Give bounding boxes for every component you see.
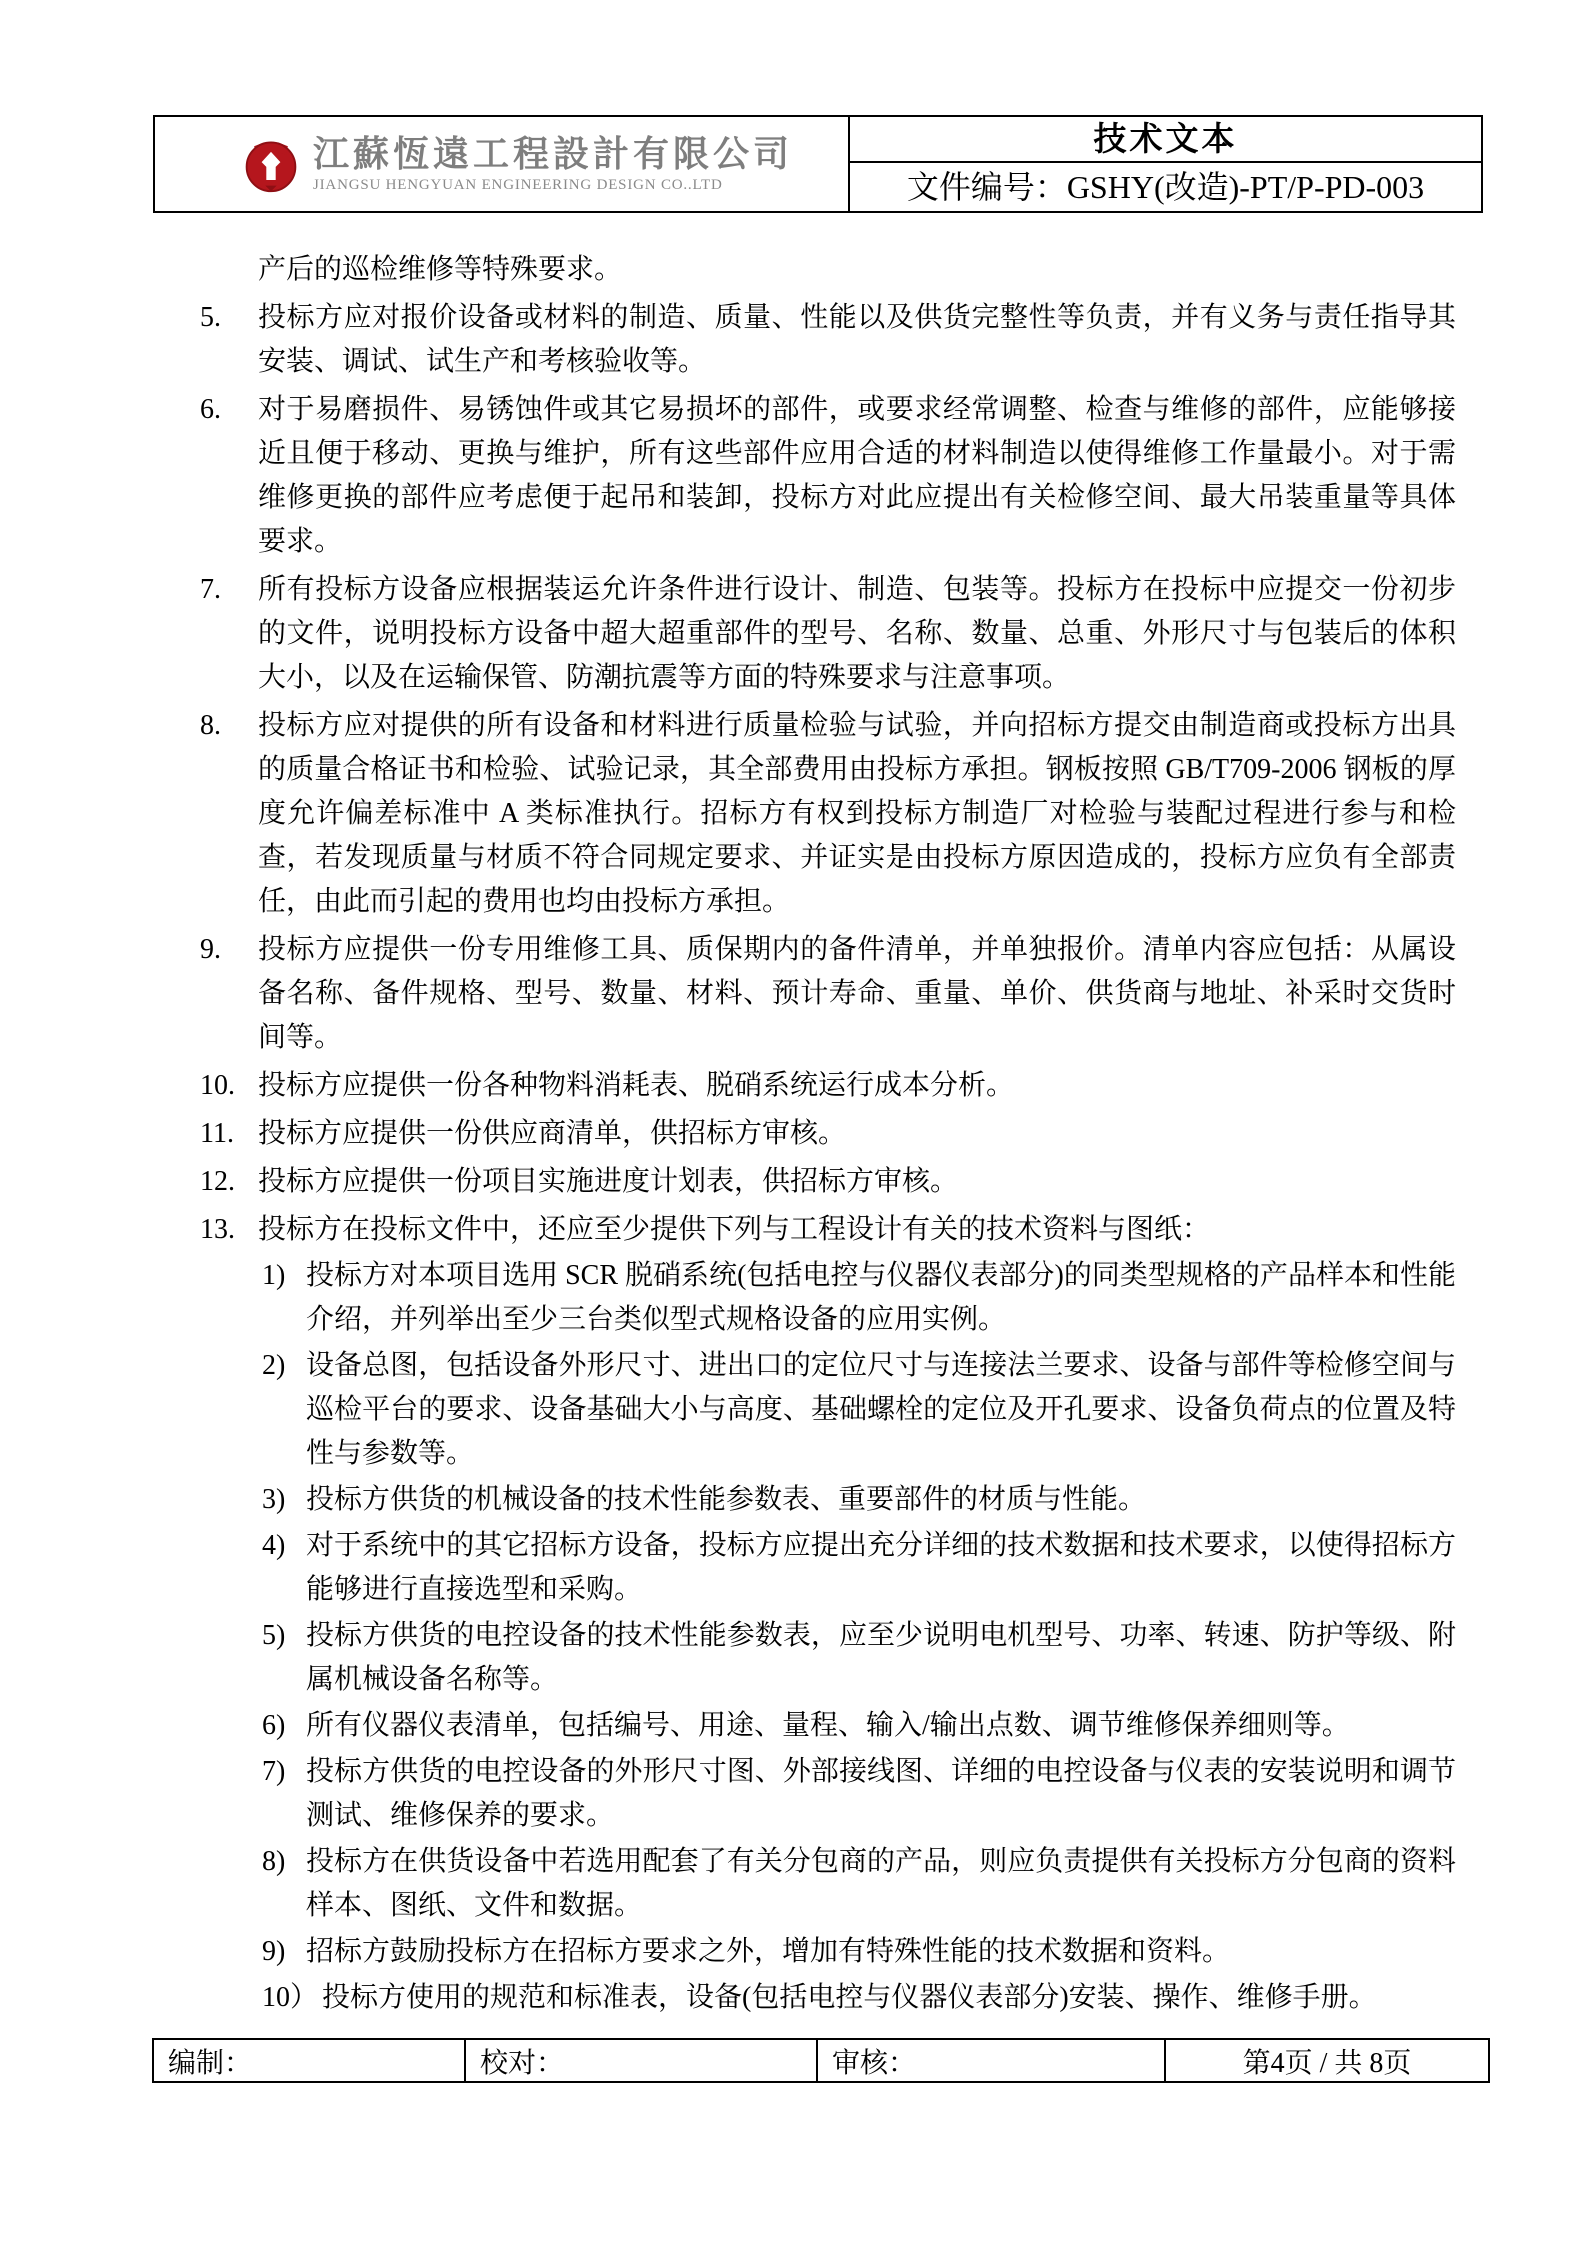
- sub-item-text: 对于系统中的其它招标方设备，投标方应提出充分详细的技术数据和技术要求，以使得招标…: [306, 1524, 1456, 1612]
- footer-table: 编制： 校对： 审核： 第4页 / 共 8页: [152, 2038, 1490, 2083]
- main-list: 5. 投标方应对报价设备或材料的制造、质量、性能以及供货完整性等负责，并有义务与…: [200, 296, 1456, 1252]
- sub-list-item: 1) 投标方对本项目选用 SCR 脱硝系统(包括电控与仪器仪表部分)的同类型规格…: [262, 1254, 1456, 1342]
- list-item: 6. 对于易磨损件、易锈蚀件或其它易损坏的部件，或要求经常调整、检查与维修的部件…: [200, 388, 1456, 564]
- sub-list: 1) 投标方对本项目选用 SCR 脱硝系统(包括电控与仪器仪表部分)的同类型规格…: [262, 1254, 1456, 2020]
- item-text: 投标方应提供一份专用维修工具、质保期内的备件清单，并单独报价。清单内容应包括：从…: [258, 928, 1456, 1060]
- item-number: 11.: [200, 1112, 258, 1156]
- sub-list-item: 6) 所有仪器仪表清单，包括编号、用途、量程、输入/输出点数、调节维修保养细则等…: [262, 1704, 1456, 1748]
- item-number: 10.: [200, 1064, 258, 1108]
- sub-item-number: 1): [262, 1254, 306, 1342]
- sub-list-item: 10） 投标方使用的规范和标准表，设备(包括电控与仪器仪表部分)安装、操作、维修…: [262, 1976, 1456, 2020]
- reviewed-label: 审核：: [832, 2041, 916, 2081]
- list-item: 10. 投标方应提供一份各种物料消耗表、脱硝系统运行成本分析。: [200, 1064, 1456, 1108]
- list-item: 5. 投标方应对报价设备或材料的制造、质量、性能以及供货完整性等负责，并有义务与…: [200, 296, 1456, 384]
- item-number: 12.: [200, 1160, 258, 1204]
- letterhead-table: 江蘇恆遠工程設計有限公司 JIANGSU HENGYUAN ENGINEERIN…: [153, 115, 1483, 213]
- item-text: 投标方应提供一份供应商清单，供招标方审核。: [258, 1112, 1456, 1156]
- footer-page-cell: 第4页 / 共 8页: [1166, 2040, 1488, 2081]
- company-name-en: JIANGSU HENGYUAN ENGINEERING DESIGN CO..…: [313, 177, 793, 194]
- letterhead-company-cell: 江蘇恆遠工程設計有限公司 JIANGSU HENGYUAN ENGINEERIN…: [155, 117, 850, 211]
- sub-item-number: 7): [262, 1750, 306, 1838]
- sub-item-text: 设备总图，包括设备外形尺寸、进出口的定位尺寸与连接法兰要求、设备与部件等检修空间…: [306, 1344, 1456, 1476]
- sub-list-item: 8) 投标方在供货设备中若选用配套了有关分包商的产品，则应负责提供有关投标方分包…: [262, 1840, 1456, 1928]
- company-logo-icon: [241, 133, 301, 195]
- doc-type-title: 技术文本: [850, 117, 1481, 163]
- sub-list-item: 5) 投标方供货的电控设备的技术性能参数表，应至少说明电机型号、功率、转速、防护…: [262, 1614, 1456, 1702]
- prepared-label: 编制：: [168, 2041, 252, 2081]
- footer-reviewed-cell: 审核：: [818, 2040, 1166, 2081]
- document-body: 产后的巡检维修等特殊要求。 5. 投标方应对报价设备或材料的制造、质量、性能以及…: [200, 248, 1456, 2020]
- company-name-cn: 江蘇恆遠工程設計有限公司: [313, 134, 793, 174]
- item-text: 投标方在投标文件中，还应至少提供下列与工程设计有关的技术资料与图纸：: [258, 1208, 1456, 1252]
- sub-item-text: 招标方鼓励投标方在招标方要求之外，增加有特殊性能的技术数据和资料。: [306, 1930, 1456, 1974]
- sub-item-text: 投标方在供货设备中若选用配套了有关分包商的产品，则应负责提供有关投标方分包商的资…: [306, 1840, 1456, 1928]
- list-item: 9. 投标方应提供一份专用维修工具、质保期内的备件清单，并单独报价。清单内容应包…: [200, 928, 1456, 1060]
- sub-list-item: 4) 对于系统中的其它招标方设备，投标方应提出充分详细的技术数据和技术要求，以使…: [262, 1524, 1456, 1612]
- list-item: 11. 投标方应提供一份供应商清单，供招标方审核。: [200, 1112, 1456, 1156]
- item-number: 6.: [200, 388, 258, 564]
- sub-item-number: 2): [262, 1344, 306, 1476]
- item-number: 8.: [200, 704, 258, 924]
- list-item: 12. 投标方应提供一份项目实施进度计划表，供招标方审核。: [200, 1160, 1456, 1204]
- page-indicator: 第4页 / 共 8页: [1243, 2041, 1412, 2081]
- sub-list-item: 3) 投标方供货的机械设备的技术性能参数表、重要部件的材质与性能。: [262, 1478, 1456, 1522]
- sub-item-number: 10）: [262, 1976, 322, 2020]
- sub-item-text: 投标方供货的机械设备的技术性能参数表、重要部件的材质与性能。: [306, 1478, 1456, 1522]
- footer-proofread-cell: 校对：: [466, 2040, 818, 2081]
- letterhead-doc-cell: 技术文本 文件编号：GSHY(改造)-PT/P-PD-003: [850, 117, 1481, 211]
- item-number: 9.: [200, 928, 258, 1060]
- item-text: 投标方应提供一份项目实施进度计划表，供招标方审核。: [258, 1160, 1456, 1204]
- document-page: 江蘇恆遠工程設計有限公司 JIANGSU HENGYUAN ENGINEERIN…: [0, 0, 1587, 2245]
- sub-item-number: 5): [262, 1614, 306, 1702]
- sub-item-number: 8): [262, 1840, 306, 1928]
- sub-list-item: 2) 设备总图，包括设备外形尺寸、进出口的定位尺寸与连接法兰要求、设备与部件等检…: [262, 1344, 1456, 1476]
- list-item: 7. 所有投标方设备应根据装运允许条件进行设计、制造、包装等。投标方在投标中应提…: [200, 568, 1456, 700]
- item-text: 投标方应对提供的所有设备和材料进行质量检验与试验，并向招标方提交由制造商或投标方…: [258, 704, 1456, 924]
- sub-item-text: 所有仪器仪表清单，包括编号、用途、量程、输入/输出点数、调节维修保养细则等。: [306, 1704, 1456, 1748]
- doc-number: 文件编号：GSHY(改造)-PT/P-PD-003: [850, 163, 1481, 211]
- sub-list-item: 7) 投标方供货的电控设备的外形尺寸图、外部接线图、详细的电控设备与仪表的安装说…: [262, 1750, 1456, 1838]
- sub-item-text: 投标方供货的电控设备的技术性能参数表，应至少说明电机型号、功率、转速、防护等级、…: [306, 1614, 1456, 1702]
- list-item: 13. 投标方在投标文件中，还应至少提供下列与工程设计有关的技术资料与图纸：: [200, 1208, 1456, 1252]
- item-number: 13.: [200, 1208, 258, 1252]
- item-text: 对于易磨损件、易锈蚀件或其它易损坏的部件，或要求经常调整、检查与维修的部件，应能…: [258, 388, 1456, 564]
- item-number: 5.: [200, 296, 258, 384]
- list-item: 8. 投标方应对提供的所有设备和材料进行质量检验与试验，并向招标方提交由制造商或…: [200, 704, 1456, 924]
- sub-item-text: 投标方对本项目选用 SCR 脱硝系统(包括电控与仪器仪表部分)的同类型规格的产品…: [306, 1254, 1456, 1342]
- footer-prepared-cell: 编制：: [154, 2040, 466, 2081]
- sub-item-number: 6): [262, 1704, 306, 1748]
- sub-item-number: 3): [262, 1478, 306, 1522]
- sub-list-item: 9) 招标方鼓励投标方在招标方要求之外，增加有特殊性能的技术数据和资料。: [262, 1930, 1456, 1974]
- sub-item-text: 投标方供货的电控设备的外形尺寸图、外部接线图、详细的电控设备与仪表的安装说明和调…: [306, 1750, 1456, 1838]
- item-text: 投标方应提供一份各种物料消耗表、脱硝系统运行成本分析。: [258, 1064, 1456, 1108]
- sub-item-number: 9): [262, 1930, 306, 1974]
- paragraph-continuation: 产后的巡检维修等特殊要求。: [200, 248, 1456, 292]
- sub-item-number: 4): [262, 1524, 306, 1612]
- item-text: 投标方应对报价设备或材料的制造、质量、性能以及供货完整性等负责，并有义务与责任指…: [258, 296, 1456, 384]
- company-name-block: 江蘇恆遠工程設計有限公司 JIANGSU HENGYUAN ENGINEERIN…: [313, 134, 793, 194]
- item-text: 所有投标方设备应根据装运允许条件进行设计、制造、包装等。投标方在投标中应提交一份…: [258, 568, 1456, 700]
- proofread-label: 校对：: [480, 2041, 564, 2081]
- sub-item-text: 投标方使用的规范和标准表，设备(包括电控与仪器仪表部分)安装、操作、维修手册。: [322, 1976, 1456, 2020]
- item-number: 7.: [200, 568, 258, 700]
